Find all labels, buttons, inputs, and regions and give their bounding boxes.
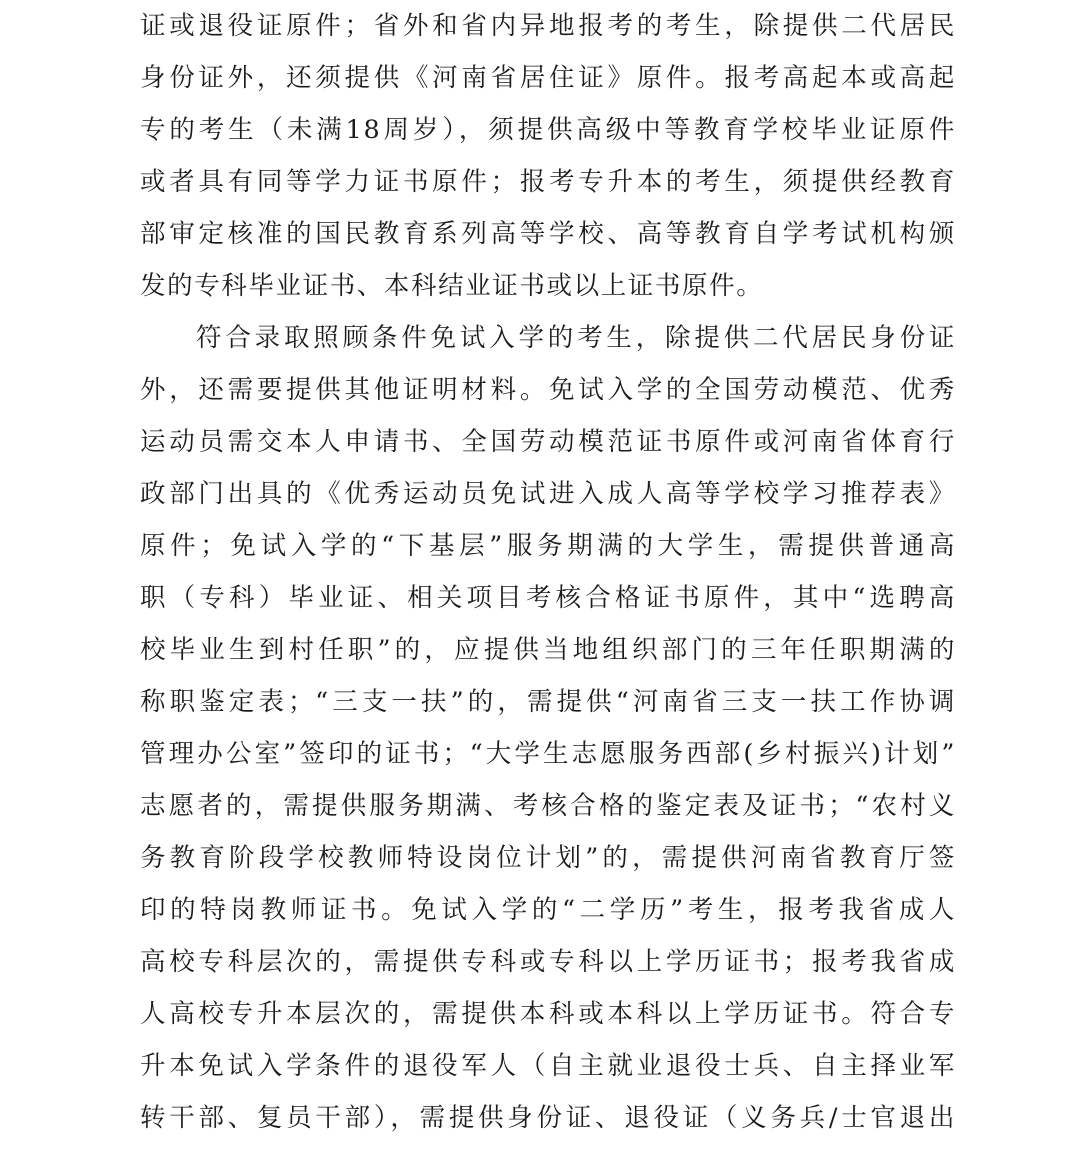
text-line: 志愿者的，需提供服务期满、考核合格的鉴定表及证书；“农村义 — [140, 780, 956, 832]
text-line: 升本免试入学条件的退役军人（自主就业退役士兵、自主择业军 — [140, 1040, 956, 1092]
text-line: 或者具有同等学力证书原件；报考专升本的考生，须提供经教育 — [140, 156, 956, 208]
text-line: 务教育阶段学校教师特设岗位计划”的，需提供河南省教育厅签 — [140, 832, 956, 884]
text-line: 外，还需要提供其他证明材料。免试入学的全国劳动模范、优秀 — [140, 364, 956, 416]
text-line: 高校专科层次的，需提供专科或专科以上学历证书；报考我省成 — [140, 936, 956, 988]
text-line: 职（专科）毕业证、相关项目考核合格证书原件，其中“选聘高 — [140, 572, 956, 624]
text-line: 原件；免试入学的“下基层”服务期满的大学生，需提供普通高 — [140, 520, 956, 572]
text-line: 人高校专升本层次的，需提供本科或本科以上学历证书。符合专 — [140, 988, 956, 1040]
text-line: 运动员需交本人申请书、全国劳动模范证书原件或河南省体育行 — [140, 416, 956, 468]
document-page: 证或退役证原件；省外和省内异地报考的考生，除提供二代居民 身份证外，还须提供《河… — [0, 0, 1080, 1167]
text-line: 发的专科毕业证书、本科结业证书或以上证书原件。 — [140, 260, 956, 312]
text-line: 身份证外，还须提供《河南省居住证》原件。报考高起本或高起 — [140, 52, 956, 104]
text-line: 证或退役证原件；省外和省内异地报考的考生，除提供二代居民 — [140, 0, 956, 52]
text-line: 转干部、复员干部），需提供身份证、退役证（义务兵/士官退出 — [140, 1092, 956, 1144]
text-line: 部审定核准的国民教育系列高等学校、高等教育自学考试机构颁 — [140, 208, 956, 260]
text-line: 印的特岗教师证书。免试入学的“二学历”考生，报考我省成人 — [140, 884, 956, 936]
text-line: 管理办公室”签印的证书；“大学生志愿服务西部(乡村振兴)计划” — [140, 728, 956, 780]
text-line: 专的考生（未满18周岁），须提供高级中等教育学校毕业证原件 — [140, 104, 956, 156]
text-line: 称职鉴定表；“三支一扶”的，需提供“河南省三支一扶工作协调 — [140, 676, 956, 728]
text-line: 校毕业生到村任职”的，应提供当地组织部门的三年任职期满的 — [140, 624, 956, 676]
text-line: 政部门出具的《优秀运动员免试进入成人高等学校学习推荐表》 — [140, 468, 956, 520]
paragraph-first-line: 符合录取照顾条件免试入学的考生，除提供二代居民身份证 — [196, 312, 956, 364]
